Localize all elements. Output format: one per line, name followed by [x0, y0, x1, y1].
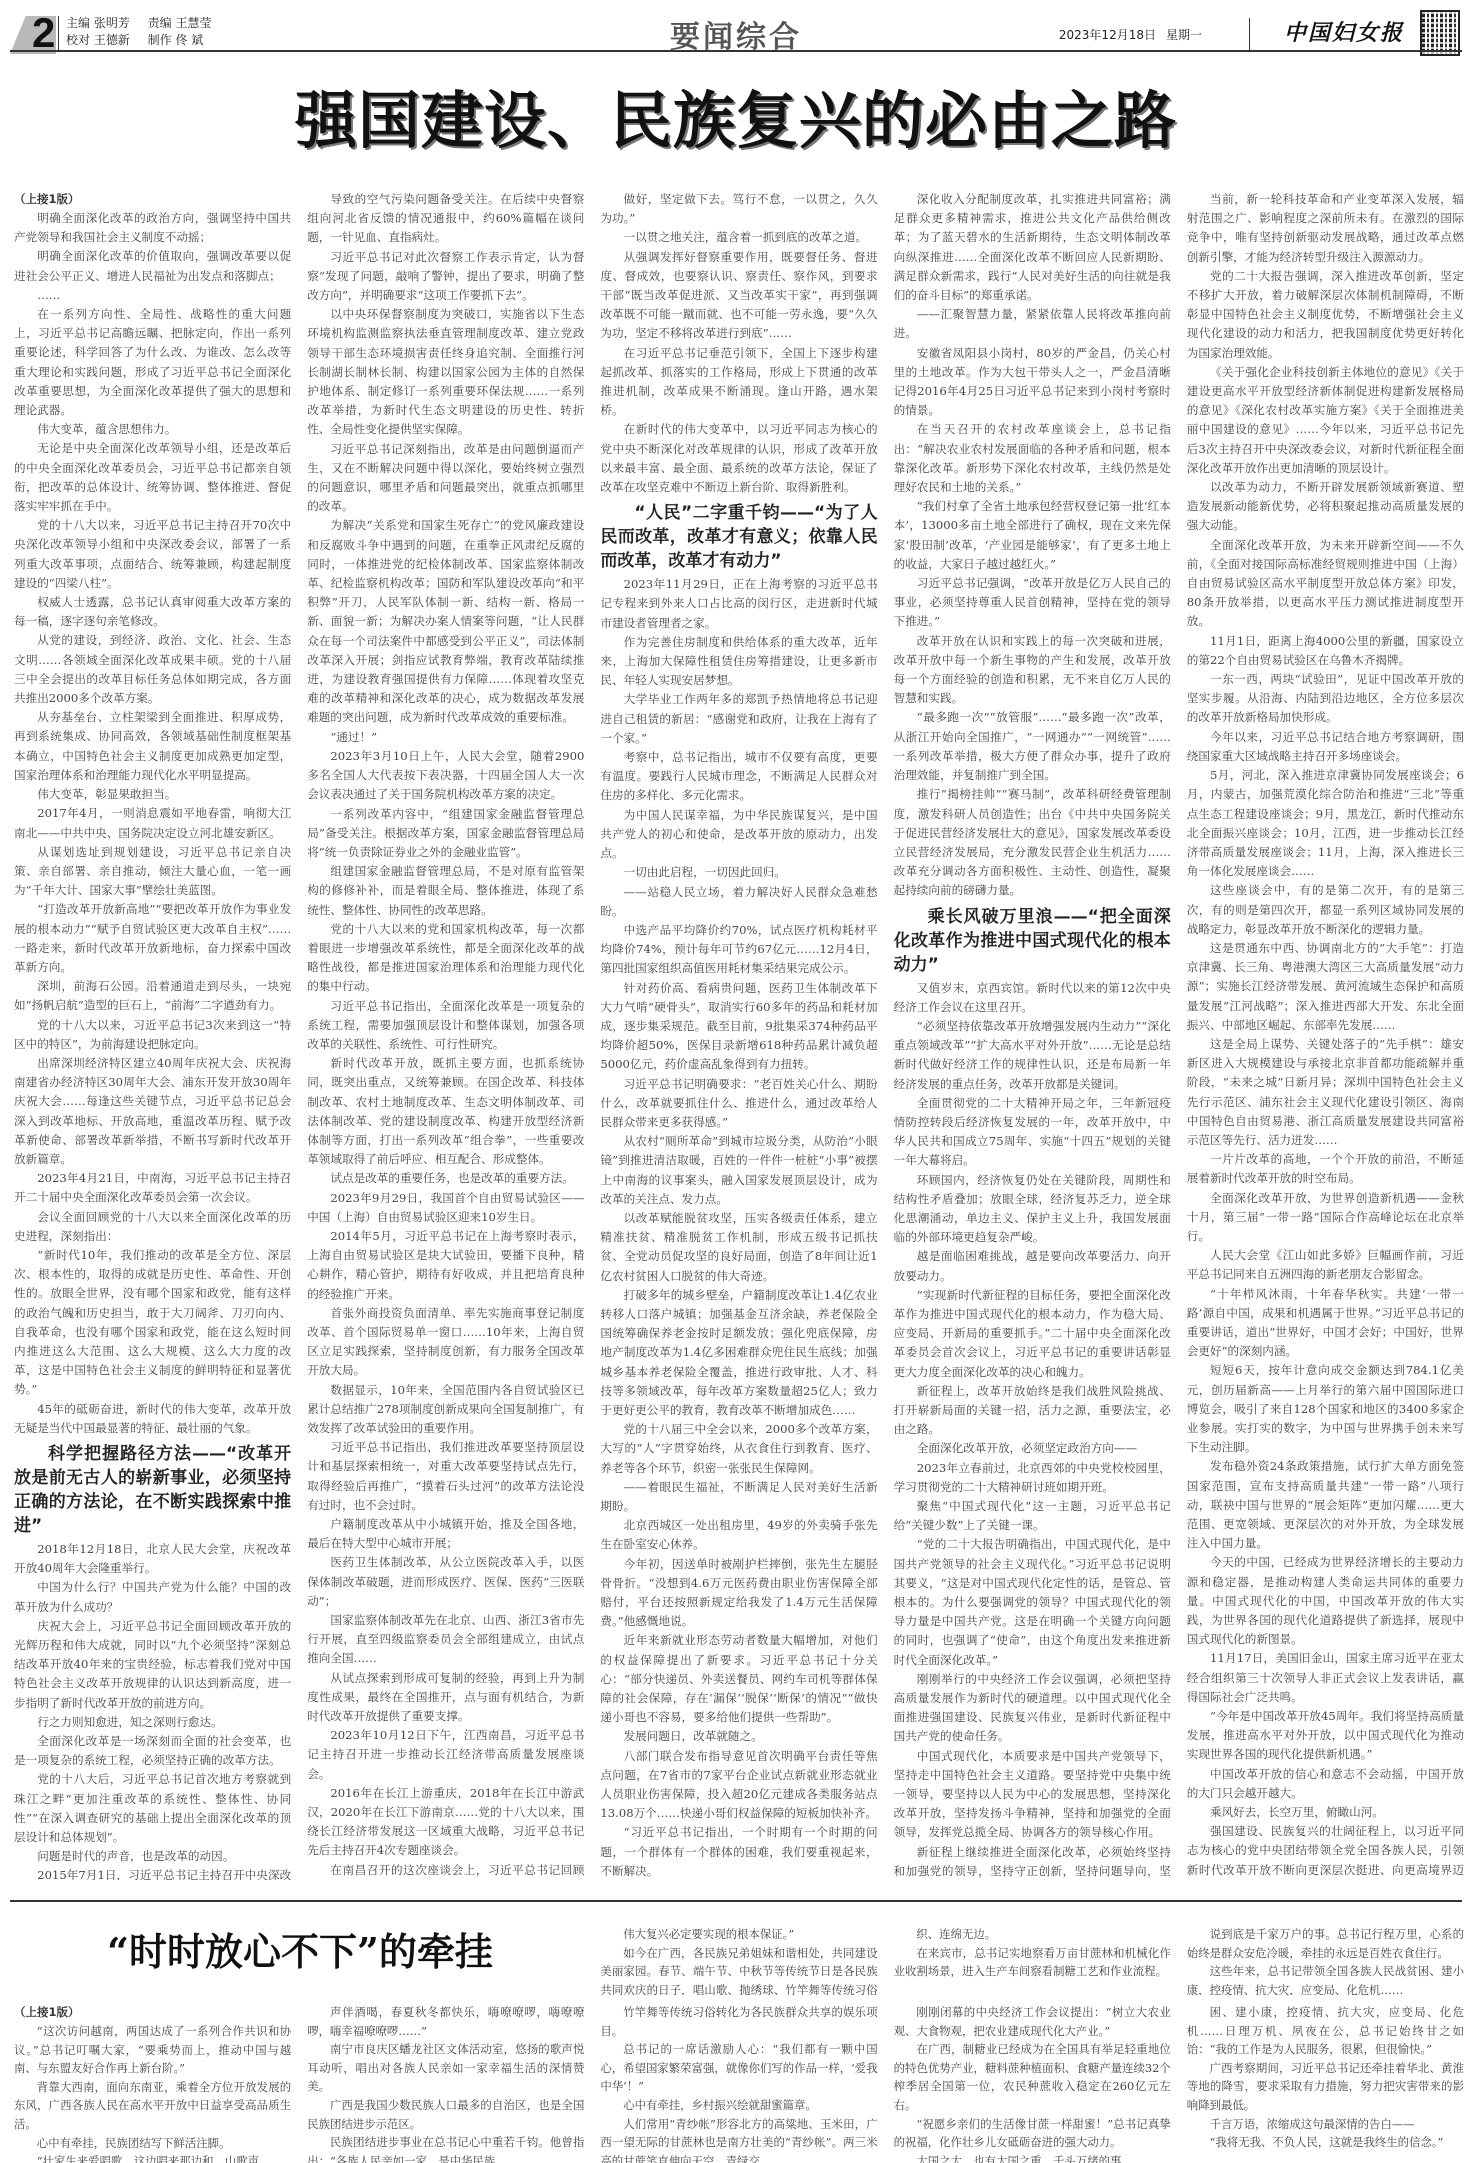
paragraph: 一切由此启程，一切因此回归。 — [600, 863, 877, 882]
paragraph: 聚焦“中国式现代化”这一主题，习近平总书记给“关键少数”上了关键一课。 — [894, 1497, 1171, 1535]
paragraph: 党的二十大报告强调，深入推进改革创新，坚定不移扩大开放，着力破解深层次体制机制障… — [1187, 267, 1464, 363]
paragraph: 党的十八大后，习近平总书记首次地方考察就到珠江之畔“更加注重改革的系统性、整体性… — [14, 1770, 291, 1847]
article2-column-3: 竹竿舞等传统习俗转化为各民族群众共享的娱乐项目。总书记的一席话激励人心：“我们都… — [600, 2003, 877, 2163]
article-column-4: 深化收入分配制度改革，扎实推进共同富裕；满足群众更多精神需求，推进公共文化产品供… — [894, 190, 1171, 1880]
subheading: “人民”二字重千钧——“为了人民而改革，改革才有意义；依靠人民而改革，改革才有动… — [600, 501, 877, 573]
paragraph: 从谋划选址到规划建设，习近平总书记亲自决策、亲自部署、亲自推动，倾注大量心血，一… — [14, 843, 291, 901]
paragraph: 当前，新一轮科技革命和产业变革深入发展，辐射范围之广、影响程度之深前所未有。在激… — [1187, 190, 1464, 267]
paragraph: 党的十八大以来，习近平总书记主持召开70次中央深化改革领导小组和中央深改委会议，… — [14, 516, 291, 593]
paragraph: 心中有牵挂，民族团结写下鲜活注脚。 — [14, 2134, 291, 2153]
paragraph: 组建国家金融监督管理总局，不是对原有监管架构的修修补补，而是着眼全局、整体推进，… — [307, 862, 584, 920]
paragraph: 新时代改革开放，既抓主要方面，也抓系统协同，既突出重点，又统筹兼顾。在国企改革、… — [307, 1054, 584, 1169]
paragraph: 如今在广西，各民族兄弟姐妹和谐相处，共同建设美丽家园。春节、端午节、中秋节等传统… — [600, 1944, 877, 1995]
article2-upper-column-5: 说到底是千家万户的事。总书记行程万里，心系的始终是群众安危冷暖，牵挂的永远是百姓… — [1187, 1925, 1464, 1995]
paragraph: “这次访问越南，两国达成了一系列合作共识和协议。”总书记叮嘱大家，“要乘势而上，… — [14, 2022, 291, 2078]
paragraph: 习近平总书记指出，我们推进改革要坚持顶层设计和基层探索相统一，对重大改革要坚持试… — [307, 1438, 584, 1515]
paragraph: “祝愿乡亲们的生活像甘蔗一样甜蜜！”总书记真挚的祝福，化作壮乡儿女砥砺奋进的强大… — [894, 2115, 1171, 2152]
paragraph: 伟大变革，蕴含思想伟力。 — [14, 420, 291, 439]
paragraph: 2015年7月1日，习近平总书记主持召开中央深改组第十四次会议，会议的一项重要议… — [14, 1866, 291, 1880]
paragraph: 八部门联合发布指导意见首次明确平台责任等焦点问题，在7省市的7家平台企业试点新就… — [600, 1747, 877, 1824]
paragraph: 习近平总书记明确要求：“老百姓关心什么、期盼什么，改革就要抓住什么、推进什么，通… — [600, 1075, 877, 1133]
paragraph: 一系列改革内容中，“组建国家金融监督管理总局”备受关注。根据改革方案，国家金融监… — [307, 805, 584, 863]
subheading: 乘长风破万里浪——“把全面深化改革作为推进中国式现代化的根本动力” — [894, 905, 1171, 977]
paragraph: 在来宾市，总书记实地察看万亩甘蔗林和机械化作业收割场景，进入生产车间察看制糖工艺… — [894, 1944, 1171, 1981]
paragraph: 今年初，因送单时被剐护栏摔倒，张先生左腿胫骨骨折。“没想到4.6万元医药费由职业… — [600, 1555, 877, 1632]
second-article-upper: 伟大复兴必定要实现的根本保证。”如今在广西，各民族兄弟姐妹和谐相处，共同建设美丽… — [14, 1925, 1464, 1995]
paragraph: 全面深化改革开放，必须坚定政治方向—— — [894, 1439, 1171, 1458]
paragraph: 在新时代的伟大变革中，以习近平同志为核心的党中央不断深化对改革规律的认识，形成了… — [600, 420, 877, 497]
paragraph: 问题是时代的声音，也是改革的动因。 — [14, 1847, 291, 1866]
paragraph: 明确全面深化改革的政治方向，强调坚持中国共产党领导和我国社会主义制度不动摇； — [14, 209, 291, 247]
paragraph: “壮家生来爱唱歌，这边唱来那边和，山歌声 — [14, 2152, 291, 2163]
paragraph: “必须坚持依靠改革开放增强发展内生动力”“深化重点领域改革”“扩大高水平对外开放… — [894, 1017, 1171, 1094]
paragraph: 出席深圳经济特区建立40周年庆祝大会、庆祝海南建省办经济特区30周年大会、浦东开… — [14, 1054, 291, 1169]
paragraph: 北京西城区一处出租房里，49岁的外卖骑手张先生在卧室安心休养。 — [600, 1516, 877, 1554]
paragraph: 国家监察体制改革先在北京、山西、浙江3省市先行开展，直至四级监察委员会全部组建成… — [307, 1611, 584, 1669]
paragraph: 民族团结进步事业在总书记心中重若千钧。他曾指出：“各族人民亲如一家，是中华民族 — [307, 2133, 584, 2163]
paragraph: 党的十八大以来，习近平总书记3次来到这一“特区中的特区”，为前海建设把脉定向。 — [14, 1016, 291, 1054]
paragraph: ——汇聚智慧力量，紧紧依靠人民将改革推向前进。 — [894, 305, 1171, 343]
paragraph: ——站稳人民立场，着力解决好人民群众急难愁盼。 — [600, 883, 877, 921]
article-column-3: 做好，坚定做下去。笃行不怠，一以贯之，久久为功。”一以贯之地关注，蕴含着一抓到底… — [600, 190, 877, 1880]
paragraph: “十年栉风沐雨，十年春华秋实。共建‘一带一路’源自中国，成果和机遇属于世界。”习… — [1187, 1285, 1464, 1362]
paragraph: 导致的空气污染问题备受关注。在后续中央督察组向河北省反馈的情况通报中，约60%篇… — [307, 190, 584, 248]
paragraph: 改革开放在认识和实践上的每一次突破和进展，改革开放中每一个新生事物的产生和发展，… — [894, 632, 1171, 709]
paragraph: 伟大复兴必定要实现的根本保证。” — [600, 1925, 877, 1944]
paragraph: 2014年5月，习近平总书记在上海考察时表示，上海自由贸易试验区是块大试验田，要… — [307, 1227, 584, 1304]
paragraph: “实现新时代新征程的目标任务，要把全面深化改革作为推进中国式现代化的根本动力，作… — [894, 1286, 1171, 1382]
article-separator-rule — [10, 1900, 1462, 1902]
paragraph: 刚刚闭幕的中央经济工作会议提出：“树立大农业观、大食物观，把农业建成现代化大产业… — [894, 2003, 1171, 2040]
paragraph: 习近平总书记指出，全面深化改革是一项复杂的系统工程，需要加强顶层设计和整体谋划，… — [307, 997, 584, 1055]
article2-column-1: （上接1版） “这次访问越南，两国达成了一系列合作共识和协议。”总书记叮嘱大家，… — [14, 2003, 291, 2163]
paragraph: “我将无我、不负人民，这就是我终生的信念。” — [1187, 2133, 1464, 2152]
article2-column-5: 困、建小康，控疫情、抗大灾，应变局、化危机……日理万机、夙夜在公，总书记始终甘之… — [1187, 2003, 1464, 2163]
continued-from-label: （上接1版） — [14, 190, 291, 209]
paragraph: 5月，河北，深入推进京津冀协同发展座谈会；6月，内蒙古，加强荒漠化综合防治和推进… — [1187, 766, 1464, 881]
paragraph: “我们村拿了全省土地承包经营权登记第一批‘红本本’，13000多亩土地全部进行了… — [894, 497, 1171, 574]
article-column-1: （上接1版） 明确全面深化改革的政治方向，强调坚持中国共产党领导和我国社会主义制… — [14, 190, 291, 1880]
paragraph: ——着眼民生福祉，不断满足人民对美好生活新期盼。 — [600, 1478, 877, 1516]
paragraph: “今年是中国改革开放45周年。我们将坚持高质量发展，推进高水平对外开放，以中国式… — [1187, 1707, 1464, 1765]
paragraph: 竹竿舞等传统习俗转化为各民族群众共享的娱乐项目。 — [600, 2003, 877, 2040]
paragraph: 首张外商投资负面清单、率先实施商事登记制度改革、首个国际贸易单一窗口……10年来… — [307, 1304, 584, 1381]
paragraph: 全面深化改革开放，为未来开辟新空间——不久前，《全面对接国际高标准经贸规则推进中… — [1187, 536, 1464, 632]
paragraph: 推行“揭榜挂帅”“赛马制”，改革科研经费管理制度，激发科研人员创造性；出台《中共… — [894, 785, 1171, 900]
paragraph: 医药卫生体制改革，从公立医院改革入手，以医保体制改革破题，进而形成医疗、医保、医… — [307, 1553, 584, 1611]
paragraph: 广西考察期间，习近平总书记还牵挂着华北、黄淮等地的降雪，要求采取有力措施，努力把… — [1187, 2059, 1464, 2115]
paragraph: 深化收入分配制度改革，扎实推进共同富裕；满足群众更多精神需求，推进公共文化产品供… — [894, 190, 1171, 305]
paragraph: 一东一西，两块“试验田”，见证中国改革开放的坚实步履。从沿海、内陆到沿边地区，全… — [1187, 670, 1464, 728]
paragraph: 2023年9月29日，我国首个自由贸易试验区——中国（上海）自由贸易试验区迎来1… — [307, 1189, 584, 1227]
paragraph: 千言万语，浓缩成这句最深情的告白—— — [1187, 2115, 1464, 2134]
second-article-body: （上接1版） “这次访问越南，两国达成了一系列合作共识和协议。”总书记叮嘱大家，… — [14, 2003, 1464, 2163]
paragraph: 大学毕业工作两年多的郑凯予热情地将总书记迎进自己租赁的新居：“感谢党和政府，让我… — [600, 690, 877, 748]
paragraph: 2023年10月12日下午，江西南昌，习近平总书记主持召开进一步推动长江经济带高… — [307, 1726, 584, 1784]
paragraph: 以改革赋能脱贫攻坚，压实各级责任体系，建立精准扶贫、精准脱贫工作机制，形成五级书… — [600, 1209, 877, 1286]
paragraph: 在一系列方向性、全局性、战略性的重大问题上，习近平总书记高瞻远瞩、把脉定向，作出… — [14, 305, 291, 420]
paragraph: 广西是我国少数民族人口最多的自治区，也是全国民族团结进步示范区。 — [307, 2096, 584, 2133]
paragraph: 2018年12月18日，北京人民大会堂，庆祝改革开放40周年大会隆重举行。 — [14, 1540, 291, 1578]
paragraph: 权威人士透露，总书记认真审阅重大改革方案的每一稿，逐字逐句亲笔修改。 — [14, 593, 291, 631]
paragraph: 做好，坚定做下去。笃行不怠，一以贯之，久久为功。” — [600, 190, 877, 228]
paragraph: 又值岁末，京西宾馆。新时代以来的第12次中央经济工作会议在这里召开。 — [894, 979, 1171, 1017]
continued-from-label-2: （上接1版） — [14, 2003, 291, 2022]
newspaper-logo: 中国妇女报 — [1284, 16, 1404, 47]
paragraph: …… — [14, 286, 291, 305]
paragraph: 党的十八届三中全会以来，2000多个改革方案，大写的“人”字贯穿始终，从衣食住行… — [600, 1420, 877, 1478]
paragraph: 2023年4月21日，中南海，习近平总书记主持召开二十届中央全面深化改革委员会第… — [14, 1169, 291, 1207]
paragraph: “通过！” — [307, 728, 584, 747]
weekday-text: 星期一 — [1166, 28, 1202, 42]
paragraph: 中国式现代化，本质要求是中国共产党领导下，坚持走中国特色社会主义道路。要坚持党中… — [894, 1747, 1171, 1843]
article-column-2: 导致的空气污染问题备受关注。在后续中央督察组向河北省反馈的情况通报中，约60%篇… — [307, 190, 584, 1880]
paragraph: 短短6天，按年计意向成交金额达到784.1亿美元，创历届新高——上月举行的第六届… — [1187, 1361, 1464, 1457]
paragraph: 全面深化改革是一场深刻而全面的社会变革，也是一项复杂的系统工程，必须坚持正确的改… — [14, 1732, 291, 1770]
article2-column-4: 刚刚闭幕的中央经济工作会议提出：“树立大农业观、大食物观，把农业建成现代化大产业… — [894, 2003, 1171, 2163]
paragraph: 总书记的一席话激励人心：“我们都有一颗中国心，希望国家繁荣富强，就像你们写的作品… — [600, 2040, 877, 2096]
paragraph: 考察中，总书记指出，城市不仅要有高度，更要有温度。要践行人民城市理念，不断满足人… — [600, 748, 877, 806]
paragraph: 这是全局上谋势、关键处落子的“先手棋”：雄安新区进入大规模建设与承接北京非首都功… — [1187, 1035, 1464, 1150]
paragraph: 人民大会堂《江山如此多娇》巨幅画作前，习近平总书记同来自五洲四海的新老朋友合影留… — [1187, 1246, 1464, 1284]
paragraph: 无论是中央全面深化改革领导小组，还是改革后的中央全面深化改革委员会，习近平总书记… — [14, 439, 291, 516]
page-header: 2 主编 张明芳 责编 王慧莹 校对 王德新 制作 佟 斌 要闻综合 2023年… — [10, 10, 1462, 54]
article2-upper-column-2 — [307, 1925, 584, 1995]
paragraph: 2023年11月29日，正在上海考察的习近平总书记专程来到外来人口占比高的闵行区… — [600, 575, 877, 633]
paragraph: 织、连绵无边。 — [894, 1925, 1171, 1944]
paragraph: 人们常用“青纱帐”形容北方的高粱地、玉米田，广西一望无际的甘蔗林也是南方壮美的“… — [600, 2115, 877, 2163]
paragraph: 在南昌召开的这次座谈会上，习近平总书记回顾长江经济带发展历程，感慨地说：“做就要 — [307, 1861, 584, 1880]
paragraph: 这些年来，总书记带领全国各族人民战贫困、建小康，控疫情、抗大灾，应变局、化危机…… — [1187, 1962, 1464, 1995]
paragraph: 一以贯之地关注，蕴含着一抓到底的改革之道。 — [600, 228, 877, 247]
article2-column-2: 声伴酒喝，春夏秋冬都快乐，嗨嘹嘹啰，嗨嘹嘹啰，嗨幸福嘹嘹啰……”南宁市良庆区蟠龙… — [307, 2003, 584, 2163]
paragraph: 新征程上，改革开放始终是我们战胜风险挑战、打开崭新局面的关键一招，活力之源，重要… — [894, 1382, 1171, 1440]
paragraph: 今年以来，习近平总书记结合地方考察调研，围绕国家重大区域战略主持召开多场座谈会。 — [1187, 728, 1464, 766]
paragraph: 从农村“厕所革命”到城市垃圾分类，从防治“小眼镜”到推进清洁取暖，百姓的一件件一… — [600, 1132, 877, 1209]
paragraph: 从夯基垒台、立柱架梁到全面推进、积厚成势，再到系统集成、协同高效，各领域基础性制… — [14, 708, 291, 785]
paragraph: 今天的中国，已经成为世界经济增长的主要动力源和稳定器，是推动构建人类命运共同体的… — [1187, 1553, 1464, 1649]
paragraph: 全面贯彻党的二十大精神开局之年，三年新冠疫情防控转段后经济恢复发展的一年，改革开… — [894, 1094, 1171, 1171]
paragraph: 中选产品平均降价约70%，试点医疗机构耗材平均降价74%，预计每年可节约67亿元… — [600, 921, 877, 979]
paragraph: 说到底是千家万户的事。总书记行程万里，心系的始终是群众安危冷暖，牵挂的永远是百姓… — [1187, 1925, 1464, 1962]
paragraph: 习近平总书记对此次督察工作表示肯定，认为督察“发现了问题，敲响了警钟，提出了要求… — [307, 248, 584, 306]
paragraph: 作为完善住房制度和供给体系的重大改革，近年来，上海加大保障性租赁住房筹措建设，让… — [600, 633, 877, 691]
paragraph: 中国改革开放的信心和意志不会动摇，中国开放的大门只会越开越大。 — [1187, 1765, 1464, 1803]
paragraph: 在当天召开的农村改革座谈会上，总书记指出：“解决农业农村发展面临的各种矛盾和问题… — [894, 420, 1171, 497]
paragraph: 从试点探索到形成可复制的经验，再到上升为制度性成果，最终在全国推开，点与面有机结… — [307, 1669, 584, 1727]
paragraph: 发展问题日，改革就随之。 — [600, 1727, 877, 1746]
paragraph: 这是贯通东中西、协调南北方的“大手笔”：打造京津冀、长三角、粤港澳大湾区三大高质… — [1187, 939, 1464, 1035]
paragraph: 这些座谈会中，有的是第二次开，有的是第三次，有的则是第四次开，都显一系列区域协同… — [1187, 881, 1464, 939]
paragraph: 困、建小康，控疫情、抗大灾，应变局、化危机……日理万机、夙夜在公，总书记始终甘之… — [1187, 2003, 1464, 2059]
paragraph: “新时代10年，我们推动的改革是全方位、深层次、根本性的，取得的成就是历史性、革… — [14, 1246, 291, 1400]
issue-date: 2023年12月18日星期一 — [1059, 26, 1202, 43]
paragraph: 全面深化改革开放，为世界创造新机遇——金秋十月，第三届“一带一路”国际合作高峰论… — [1187, 1189, 1464, 1247]
paragraph: 声伴酒喝，春夏秋冬都快乐，嗨嘹嘹啰，嗨嘹嘹啰，嗨幸福嘹嘹啰……” — [307, 2003, 584, 2040]
article-column-5: 当前，新一轮科技革命和产业变革深入发展，辐射范围之广、影响程度之深前所未有。在激… — [1187, 190, 1464, 1880]
paragraph: 明确全面深化改革的价值取向，强调改革要以促进社会公平正义、增进人民福祉为出发点和… — [14, 247, 291, 285]
paragraph: 新征程上继续推进全面深化改革，必须始终坚持和加强党的领导，坚持守正创新，坚持问题… — [894, 1843, 1171, 1880]
paragraph: 一片片改革的高地，一个个开放的前沿，不断延展着新时代改革开放的时空布局。 — [1187, 1150, 1464, 1188]
paragraph: “党的二十大报告明确指出，中国式现代化，是中国共产党领导的社会主义现代化。”习近… — [894, 1535, 1171, 1669]
paragraph: 11月1日，距离上海4000公里的新疆，国家设立的第22个自由贸易试验区在乌鲁木… — [1187, 632, 1464, 670]
paragraph: 深圳，前海石公园。沿着通道走到尽头，一块宛如“扬帆启航”造型的巨石上，“前海”二… — [14, 977, 291, 1015]
paragraph: 南宁市良庆区蟠龙社区文体活动室，悠扬的歌声悦耳动听，唱出对各族人民亲如一家幸福生… — [307, 2040, 584, 2096]
paragraph: 环顾国内，经济恢复仍处在关键阶段，周期性和结构性矛盾叠加；放眼全球，经济复苏乏力… — [894, 1171, 1171, 1248]
article2-upper-column-1 — [14, 1925, 291, 1995]
paragraph: 从强调发挥好督察重要作用，既要督任务、督进度、督成效，也要察认识、察责任、察作风… — [600, 248, 877, 344]
paragraph: 2016年在长江上游重庆，2018年在长江中游武汉，2020年在长江下游南京……… — [307, 1784, 584, 1861]
paragraph: 强国建设、民族复兴的壮阔征程上，以习近平同志为核心的党中央团结带领全党全国各族人… — [1187, 1822, 1464, 1880]
article-body: （上接1版） 明确全面深化改革的政治方向，强调坚持中国共产党领导和我国社会主义制… — [14, 190, 1464, 1880]
paragraph: 习近平总书记强调，“改革开放是亿万人民自己的事业，必须坚持尊重人民首创精神，坚持… — [894, 574, 1171, 632]
paragraph: 近年来新就业形态劳动者数量大幅增加，对他们的权益保障提出了新要求。习近平总书记十… — [600, 1631, 877, 1727]
paragraph: 2023年3月10日上午，人民大会堂，随着2900多名全国人大代表按下表决器，十… — [307, 747, 584, 805]
paragraph: 伟大变革，彰显果敢担当。 — [14, 785, 291, 804]
paragraph: 行之力则知愈进，知之深则行愈达。 — [14, 1713, 291, 1732]
paragraph: 以中央环保督察制度为突破口，实施省以下生态环境机构监测监察执法垂直管理制度改革、… — [307, 305, 584, 439]
paragraph: 数据显示，10年来，全国范围内各自贸试验区已累计总结推广278项制度创新成果向全… — [307, 1381, 584, 1439]
paragraph: 背靠大西南，面向东南亚，乘着全方位开放发展的东风，广西各族人民在高水平开放中日益… — [14, 2078, 291, 2134]
paragraph: 大国之大，也有大国之重。千头万绪的事， — [894, 2152, 1171, 2163]
paragraph: 户籍制度改革从中小城镇开始，推及全国各地，最后在特大型中心城市开展； — [307, 1515, 584, 1553]
paragraph: 中国为什么行？中国共产党为什么能？中国的改革开放为什么成功？ — [14, 1578, 291, 1616]
paragraph: 以改革为动力，不断开辟发展新领域新赛道、塑造发展新动能新优势，必将积聚起推动高质… — [1187, 478, 1464, 536]
paragraph: “习近平总书记指出，一个时期有一个时期的问题，一个群体有一个群体的困难，我们要重… — [600, 1823, 877, 1880]
paragraph: 45年的砥砺奋进，新时代的伟大变革，改革开放无疑是当代中国最显著的特征、最壮丽的… — [14, 1400, 291, 1438]
paragraph: 乘风好去，长空万里，俯瞰山河。 — [1187, 1803, 1464, 1822]
paragraph: 针对药价高、看病贵问题，医药卫生体制改革下大力气啃“硬骨头”，取消实行60多年的… — [600, 979, 877, 1075]
paragraph: 刚刚举行的中央经济工作会议强调，必须把坚持高质量发展作为新时代的硬道理。以中国式… — [894, 1670, 1171, 1747]
paragraph: 试点是改革的重要任务，也是改革的重要方法。 — [307, 1169, 584, 1188]
paragraph: 发布稳外资24条政策措施，试行扩大单方面免签国家范围，宣布支持高质量共建“一带一… — [1187, 1457, 1464, 1553]
header-divider-right — [1249, 18, 1250, 52]
paragraph: 打破多年的城乡壁垒，户籍制度改革让1.4亿农业转移人口落户城镇；加强基金互济余缺… — [600, 1286, 877, 1420]
paragraph: 2017年4月，一则消息震如平地春雷，响彻大江南北——中共中央、国务院决定设立河… — [14, 804, 291, 842]
paragraph: 《关于强化企业科技创新主体地位的意见》《关于建设更高水平开放型经济新体制促进构建… — [1187, 363, 1464, 478]
paragraph: 在习近平总书记垂范引领下，全国上下逐步构建起抓改革、抓落实的工作格局，形成上下贯… — [600, 344, 877, 421]
paragraph: 为中国人民谋幸福，为中华民族谋复兴，是中国共产党人的初心和使命，是改革开放的原动… — [600, 806, 877, 864]
paragraph: 在广西，制糖业已经成为在全国具有举足轻重地位的特色优势产业，糖料蔗种植面积、食糖… — [894, 2040, 1171, 2114]
paragraph: “打造改革开放新高地”“要把改革开放作为事业发展的根本动力”“赋予自贸试验区更大… — [14, 900, 291, 977]
subheading: 科学把握路径方法——“改革开放是前无古人的崭新事业，必须坚持正确的方法论，在不断… — [14, 1442, 291, 1538]
paragraph: 习近平总书记深刻指出，改革是由问题倒逼而产生，又在不断解决问题中得以深化，要始终… — [307, 440, 584, 517]
paragraph: 会议全面回顾党的十八大以来全面深化改革的历史进程，深刻指出： — [14, 1208, 291, 1246]
paragraph: “最多跑一次”“放管服”……“最多跑一次”改革，从浙江开始向全国推广，“一网通办… — [894, 708, 1171, 785]
paragraph: 安徽省凤阳县小岗村，80岁的严金昌，仍关心村里的土地改革。作为大包干带头人之一，… — [894, 344, 1171, 421]
paragraph: 11月17日，美国旧金山，国家主席习近平在亚太经合组织第三十次领导人非正式会议上… — [1187, 1649, 1464, 1707]
paragraph: 心中有牵挂，乡村振兴绘就甜蜜篇章。 — [600, 2096, 877, 2115]
paragraph: 为解决“关系党和国家生死存亡”的党风廉政建设和反腐败斗争中遇到的问题，在重拳正风… — [307, 516, 584, 727]
article2-upper-column-4: 织、连绵无边。在来宾市，总书记实地察看万亩甘蔗林和机械化作业收割场景，进入生产车… — [894, 1925, 1171, 1995]
header-rule — [10, 50, 1462, 52]
paragraph: 党的十八大以来的党和国家机构改革，每一次都着眼进一步增强改革系统性，都是全面深化… — [307, 920, 584, 997]
date-text: 2023年12月18日 — [1059, 28, 1156, 42]
paragraph: 2023年立春前过，北京西郊的中央党校校园里，学习贯彻党的二十大精神研讨班如期开… — [894, 1459, 1171, 1497]
main-headline: 强国建设、民族复兴的必由之路 — [0, 86, 1472, 156]
paragraph: 越是面临困难挑战，越是要向改革要活力、向开放要动力。 — [894, 1247, 1171, 1285]
paragraph: 庆祝大会上，习近平总书记全面回顾改革开放的光辉历程和伟大成就，同时以“九个必须坚… — [14, 1617, 291, 1713]
article2-upper-column-3: 伟大复兴必定要实现的根本保证。”如今在广西，各民族兄弟姐妹和谐相处，共同建设美丽… — [600, 1925, 877, 1995]
paragraph: 从党的建设，到经济、政治、文化、社会、生态文明……各领域全面深化改革成果丰硕。党… — [14, 631, 291, 708]
